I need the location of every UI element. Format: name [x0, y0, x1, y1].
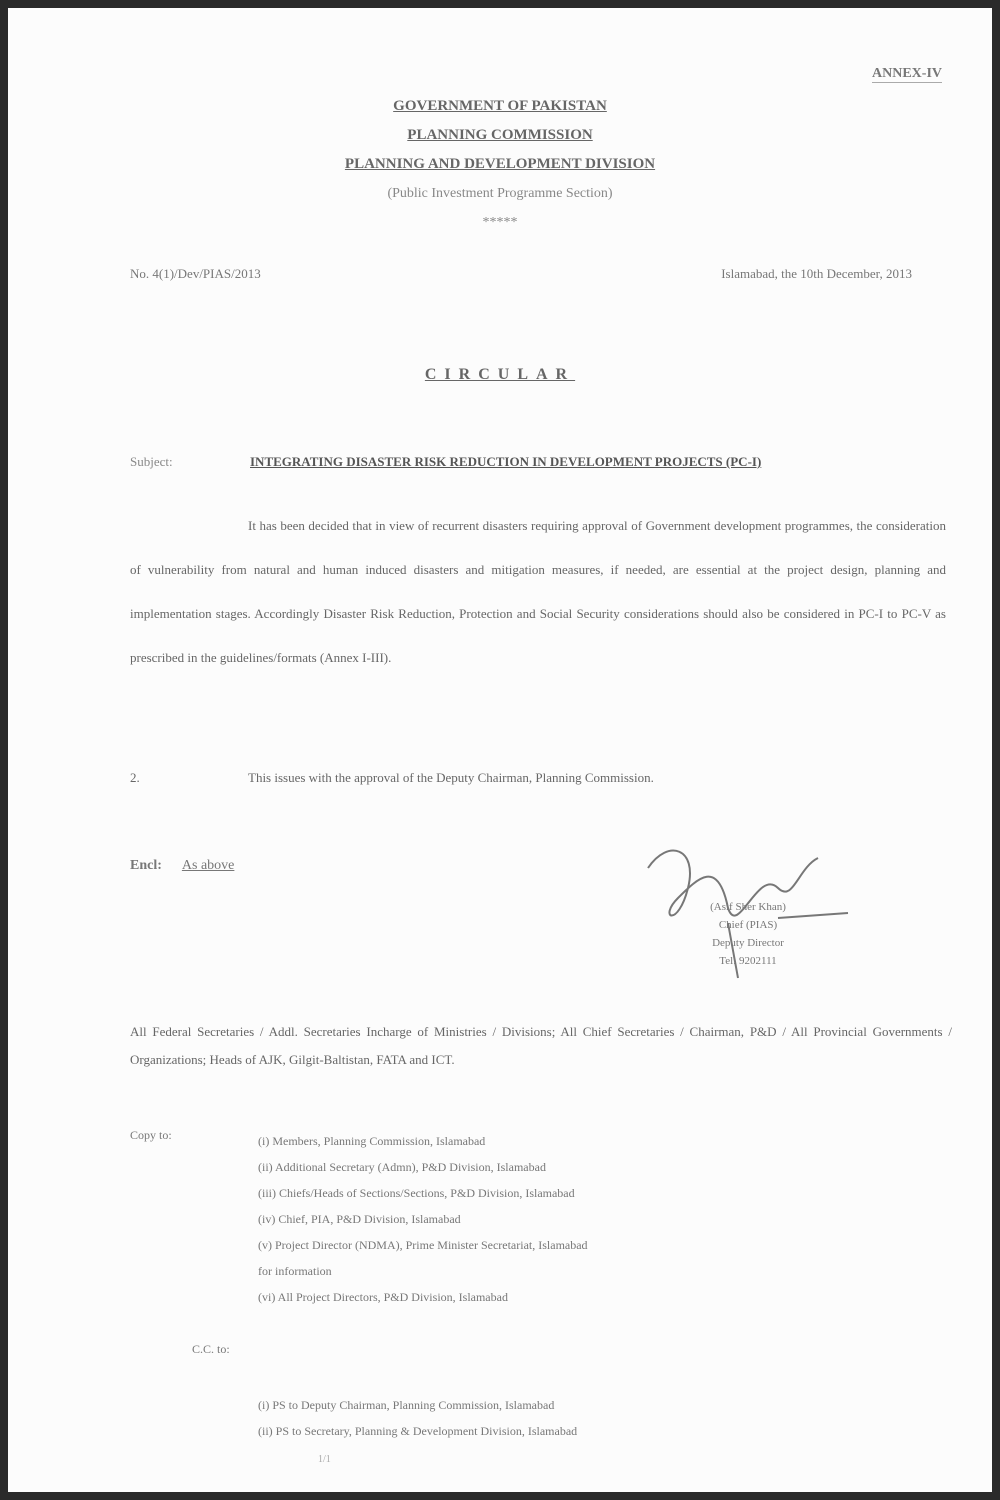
reference-number: No. 4(1)/Dev/PIAS/2013 [130, 266, 261, 282]
list-item: (vi) All Project Directors, P&D Division… [258, 1284, 588, 1310]
signatory-title: Chief (PIAS) [638, 916, 858, 934]
distribution-list: All Federal Secretaries / Addl. Secretar… [130, 1018, 952, 1074]
footer-mark: 1/1 [318, 1454, 331, 1465]
list-item: (iii) Chiefs/Heads of Sections/Sections,… [258, 1180, 588, 1206]
copy-to-list: (i) Members, Planning Commission, Islama… [258, 1128, 588, 1310]
copy-to-label: Copy to: [130, 1128, 258, 1310]
list-item: (v) Project Director (NDMA), Prime Minis… [258, 1232, 588, 1258]
copy-to-section: Copy to: (i) Members, Planning Commissio… [130, 1128, 588, 1310]
list-item: for information [258, 1258, 588, 1284]
circular-title: CIRCULAR [8, 366, 992, 384]
header-line-5: ***** [8, 208, 992, 237]
paragraph-2-number: 2. [130, 770, 248, 786]
document-page: ANNEX-IV GOVERNMENT OF PAKISTAN PLANNING… [8, 8, 992, 1492]
header-line-2: PLANNING COMMISSION [8, 121, 992, 150]
enclosure-text: As above [182, 858, 235, 873]
enclosure-label: Encl: [130, 858, 162, 873]
paragraph-2: 2. This issues with the approval of the … [130, 770, 932, 786]
paragraph-2-text: This issues with the approval of the Dep… [248, 770, 654, 786]
reference-line: No. 4(1)/Dev/PIAS/2013 Islamabad, the 10… [130, 266, 912, 282]
signatory-phone: Tel: 9202111 [638, 952, 858, 970]
signatory-designation: Deputy Director [638, 934, 858, 952]
reference-date: Islamabad, the 10th December, 2013 [721, 266, 912, 282]
list-item: (iv) Chief, PIA, P&D Division, Islamabad [258, 1206, 588, 1232]
subject-text: INTEGRATING DISASTER RISK REDUCTION IN D… [250, 454, 761, 470]
letterhead: GOVERNMENT OF PAKISTAN PLANNING COMMISSI… [8, 92, 992, 237]
list-item: (ii) PS to Secretary, Planning & Develop… [258, 1418, 577, 1444]
list-item: (i) PS to Deputy Chairman, Planning Comm… [258, 1392, 577, 1418]
cc-section: (i) PS to Deputy Chairman, Planning Comm… [258, 1392, 577, 1444]
list-item: (i) Members, Planning Commission, Islama… [258, 1128, 588, 1154]
cc-label: C.C. to: [192, 1342, 230, 1357]
header-line-4: (Public Investment Programme Section) [8, 179, 992, 208]
cc-list: (i) PS to Deputy Chairman, Planning Comm… [258, 1392, 577, 1444]
subject-line: Subject: INTEGRATING DISASTER RISK REDUC… [130, 454, 932, 470]
list-item: (ii) Additional Secretary (Admn), P&D Di… [258, 1154, 588, 1180]
paragraph-1: It has been decided that in view of recu… [130, 504, 946, 680]
header-line-1: GOVERNMENT OF PAKISTAN [8, 92, 992, 121]
annex-label: ANNEX-IV [872, 66, 942, 83]
signatory-name: (Asif Sher Khan) [638, 898, 858, 916]
signature-block: (Asif Sher Khan) Chief (PIAS) Deputy Dir… [638, 898, 858, 970]
subject-label: Subject: [130, 454, 250, 470]
header-line-3: PLANNING AND DEVELOPMENT DIVISION [8, 150, 992, 179]
enclosure: Encl:As above [130, 858, 234, 874]
